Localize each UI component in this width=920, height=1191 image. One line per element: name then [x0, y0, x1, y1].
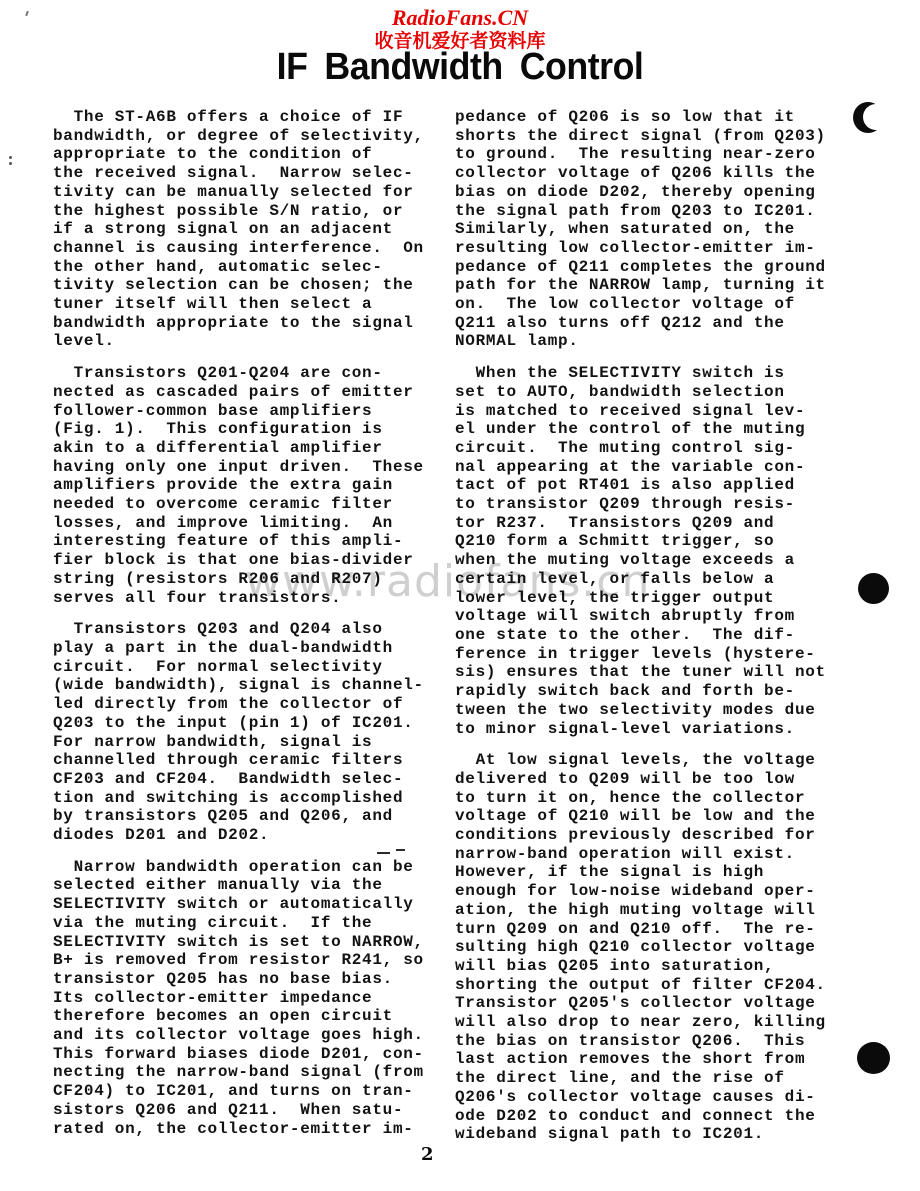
text-column-right: pedance of Q206 is so low that it shorts…	[455, 108, 857, 1157]
registration-dot-icon	[857, 1042, 890, 1074]
scanned-manual-page: RadioFans.CN 收音机爱好者资料库 IF Bandwidth Cont…	[0, 0, 920, 1191]
crescent-inner-shape	[863, 104, 889, 130]
scan-speck	[9, 162, 12, 165]
paragraph: When the SELECTIVITY switch is set to AU…	[455, 364, 857, 738]
scan-artifact-dash	[377, 852, 390, 854]
paragraph: Transistors Q203 and Q204 also play a pa…	[53, 620, 455, 844]
registration-dot-icon	[858, 573, 889, 604]
page-title: IF Bandwidth Control	[28, 46, 893, 88]
hole-punch-crescent-icon	[853, 102, 883, 133]
scan-artifact-dash	[396, 849, 405, 851]
scan-speck	[9, 156, 12, 159]
page-number: 2	[421, 1144, 434, 1165]
watermark-site-name: RadioFans.CN	[0, 6, 920, 30]
paragraph: pedance of Q206 is so low that it shorts…	[455, 108, 857, 351]
paragraph: Narrow bandwidth operation can be select…	[53, 858, 455, 1139]
text-column-left: The ST-A6B offers a choice of IF bandwid…	[53, 108, 455, 1151]
paragraph: The ST-A6B offers a choice of IF bandwid…	[53, 108, 455, 351]
paragraph: At low signal levels, the voltage delive…	[455, 751, 857, 1144]
paragraph: Transistors Q201-Q204 are con- nected as…	[53, 364, 455, 607]
